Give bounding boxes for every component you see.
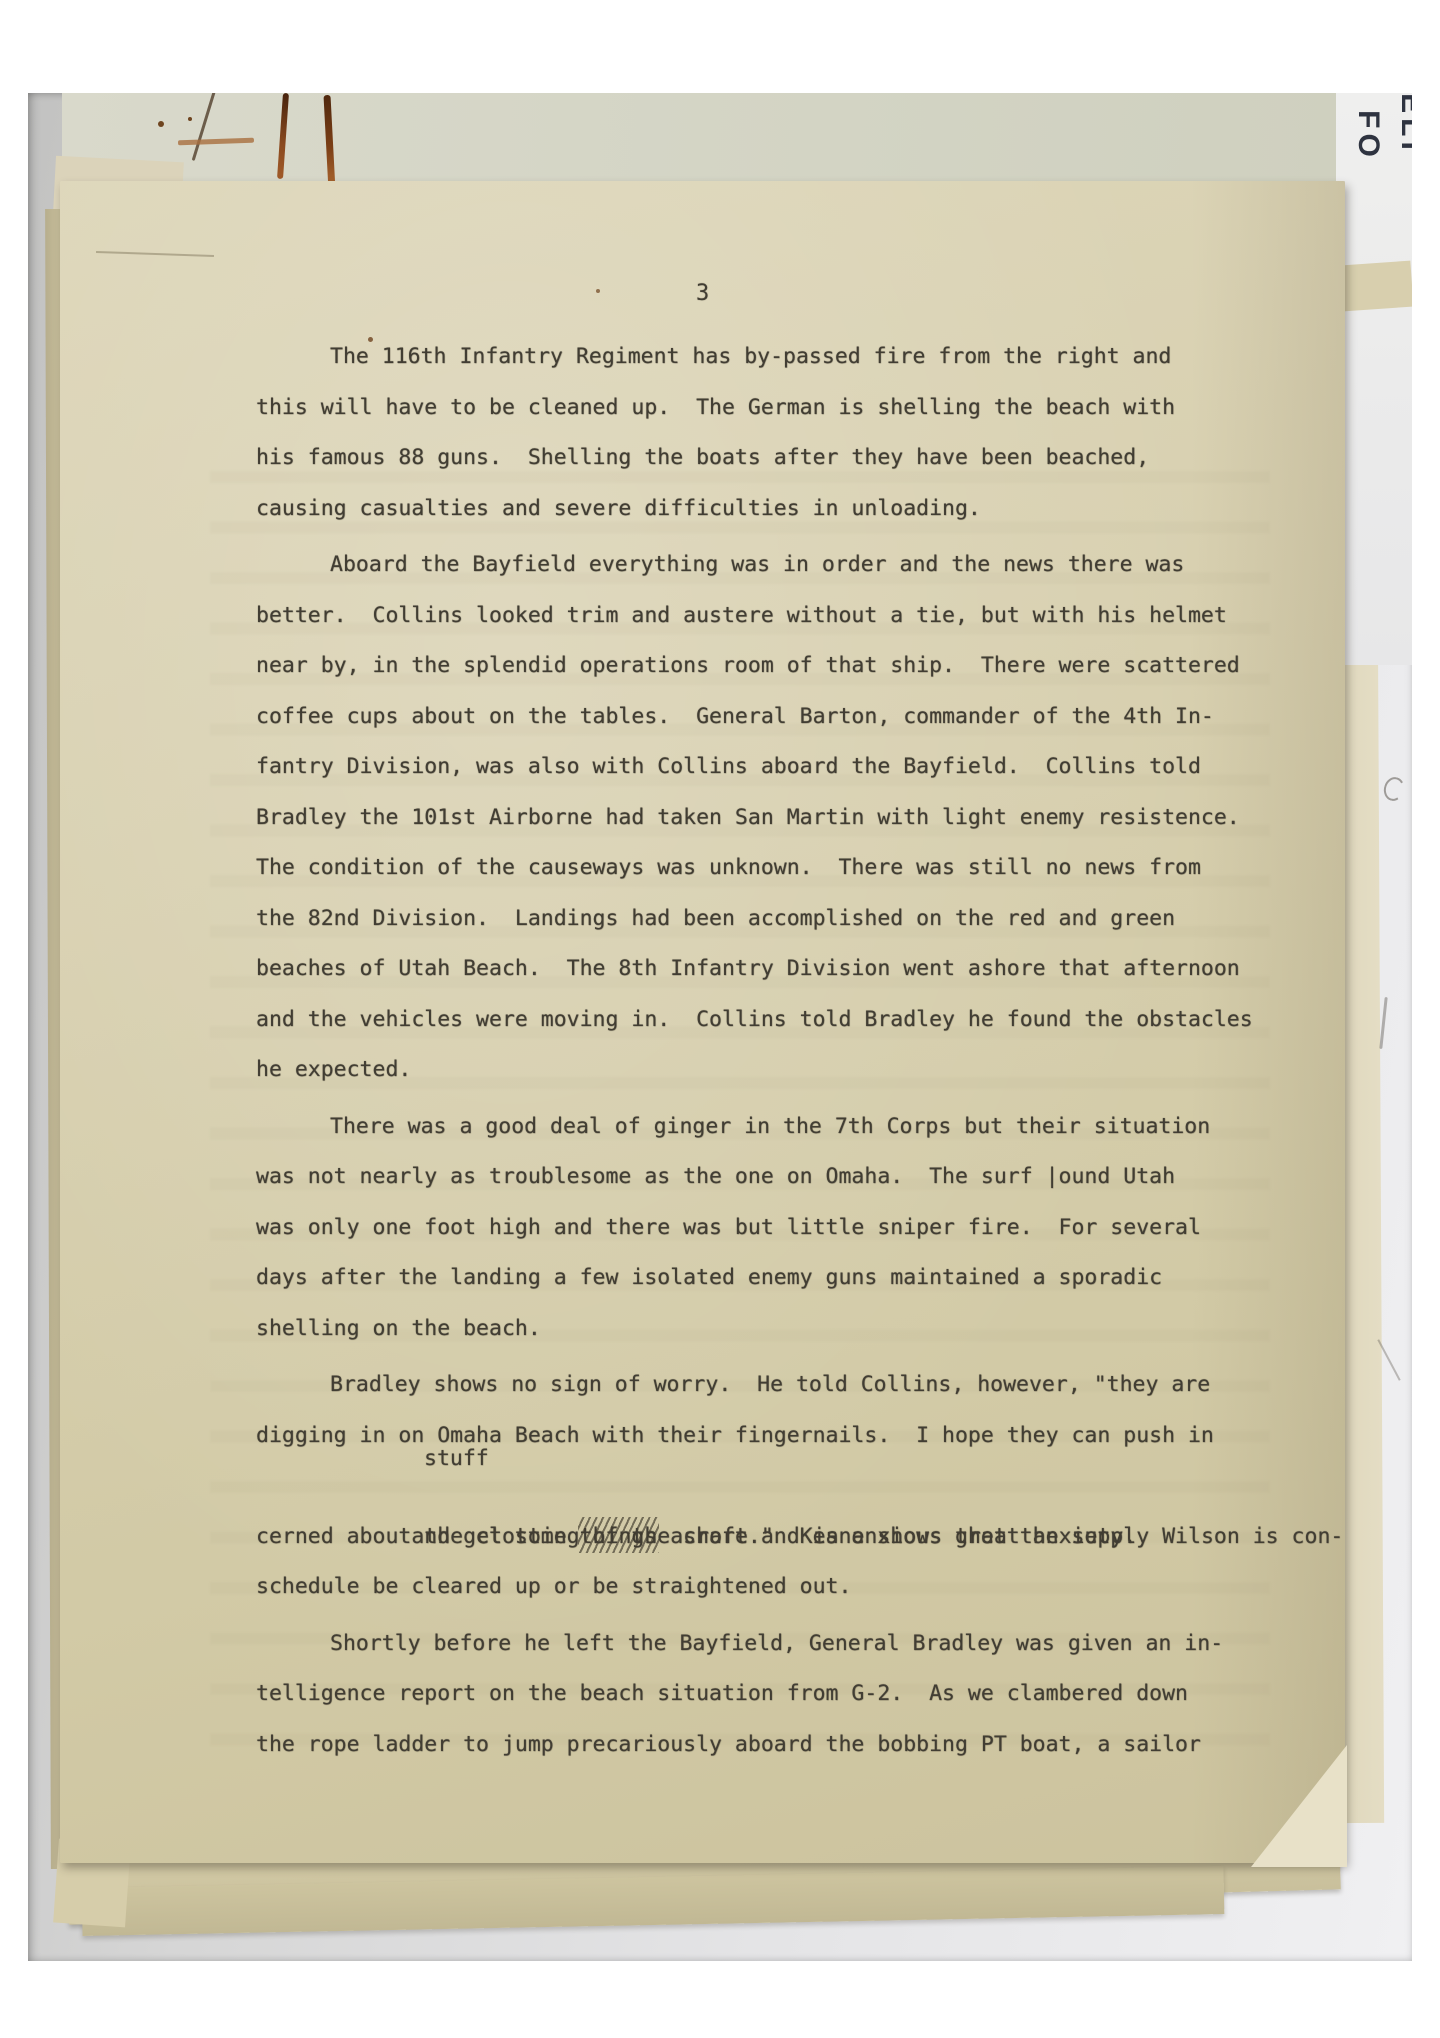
paragraph: There was a good deal of ginger in the 7… (256, 1102, 1268, 1355)
typed-text: The 116th Infantry Regiment has by-passe… (256, 332, 1268, 1770)
typed-line: his famous 88 guns. Shelling the boats a… (256, 433, 1268, 484)
typed-line: beaches of Utah Beach. The 8th Infantry … (256, 944, 1268, 995)
typed-line: cerned about the clotting of the craft a… (256, 1512, 1268, 1563)
stain-speck (188, 117, 192, 121)
typed-line: was not nearly as troublesome as the one… (256, 1152, 1268, 1203)
paper-crease (96, 251, 214, 257)
typed-line: telligence report on the beach situation… (256, 1669, 1268, 1720)
paragraph: Aboard the Bayfield everything was in or… (256, 540, 1268, 1096)
typed-line-with-correction: stuffand get some things ashore." Keane … (256, 1461, 1268, 1512)
typed-line: shelling on the beach. (256, 1304, 1268, 1355)
typed-line: Bradley the 101st Airborne had taken San… (256, 793, 1268, 844)
typed-line: the 82nd Division. Landings had been acc… (256, 894, 1268, 945)
typed-line: near by, in the splendid operations room… (256, 641, 1268, 692)
stamped-letters: ELI (1394, 93, 1412, 155)
paragraph: The 116th Infantry Regiment has by-passe… (256, 332, 1268, 534)
pen-scribble (1379, 997, 1387, 1049)
screenshot: ELI FO 3 The 116th Infantry Regiment (0, 0, 1440, 2038)
typed-line: fantry Division, was also with Collins a… (256, 742, 1268, 793)
paragraph: Bradley shows no sign of worry. He told … (256, 1360, 1268, 1613)
paragraph: Shortly before he left the Bayfield, Gen… (256, 1619, 1268, 1771)
typed-line: days after the landing a few isolated en… (256, 1253, 1268, 1304)
inserted-word: stuff (424, 1434, 489, 1485)
typed-line: digging in on Omaha Beach with their fin… (256, 1411, 1268, 1462)
typed-line: the rope ladder to jump precariously abo… (256, 1720, 1268, 1771)
stain-speck (596, 289, 600, 293)
typed-line: The 116th Infantry Regiment has by-passe… (256, 332, 1268, 383)
typed-line: causing casualties and severe difficulti… (256, 484, 1268, 535)
typed-line: and the vehicles were moving in. Collins… (256, 995, 1268, 1046)
typed-line: was only one foot high and there was but… (256, 1203, 1268, 1254)
document-photo: ELI FO 3 The 116th Infantry Regiment (28, 93, 1412, 1961)
typed-line: The condition of the causeways was unkno… (256, 843, 1268, 894)
document-page: 3 The 116th Infantry Regiment has by-pas… (60, 181, 1345, 1863)
typed-line: he expected. (256, 1045, 1268, 1096)
pen-scribble (1381, 775, 1407, 803)
typed-line: coffee cups about on the tables. General… (256, 692, 1268, 743)
typed-line: Shortly before he left the Bayfield, Gen… (256, 1619, 1268, 1670)
page-number: 3 (696, 281, 709, 306)
typed-line: schedule be cleared up or be straightene… (256, 1562, 1268, 1613)
stamped-letters: FO (1351, 110, 1385, 162)
typed-line: Aboard the Bayfield everything was in or… (256, 540, 1268, 591)
typed-line: There was a good deal of ginger in the 7… (256, 1102, 1268, 1153)
typed-line: Bradley shows no sign of worry. He told … (256, 1360, 1268, 1411)
typed-line: this will have to be cleaned up. The Ger… (256, 383, 1268, 434)
paper-tab (1340, 261, 1412, 312)
stain-speck (158, 121, 164, 127)
typed-line: better. Collins looked trim and austere … (256, 591, 1268, 642)
adjacent-document-edge: ELI FO (1336, 93, 1412, 665)
